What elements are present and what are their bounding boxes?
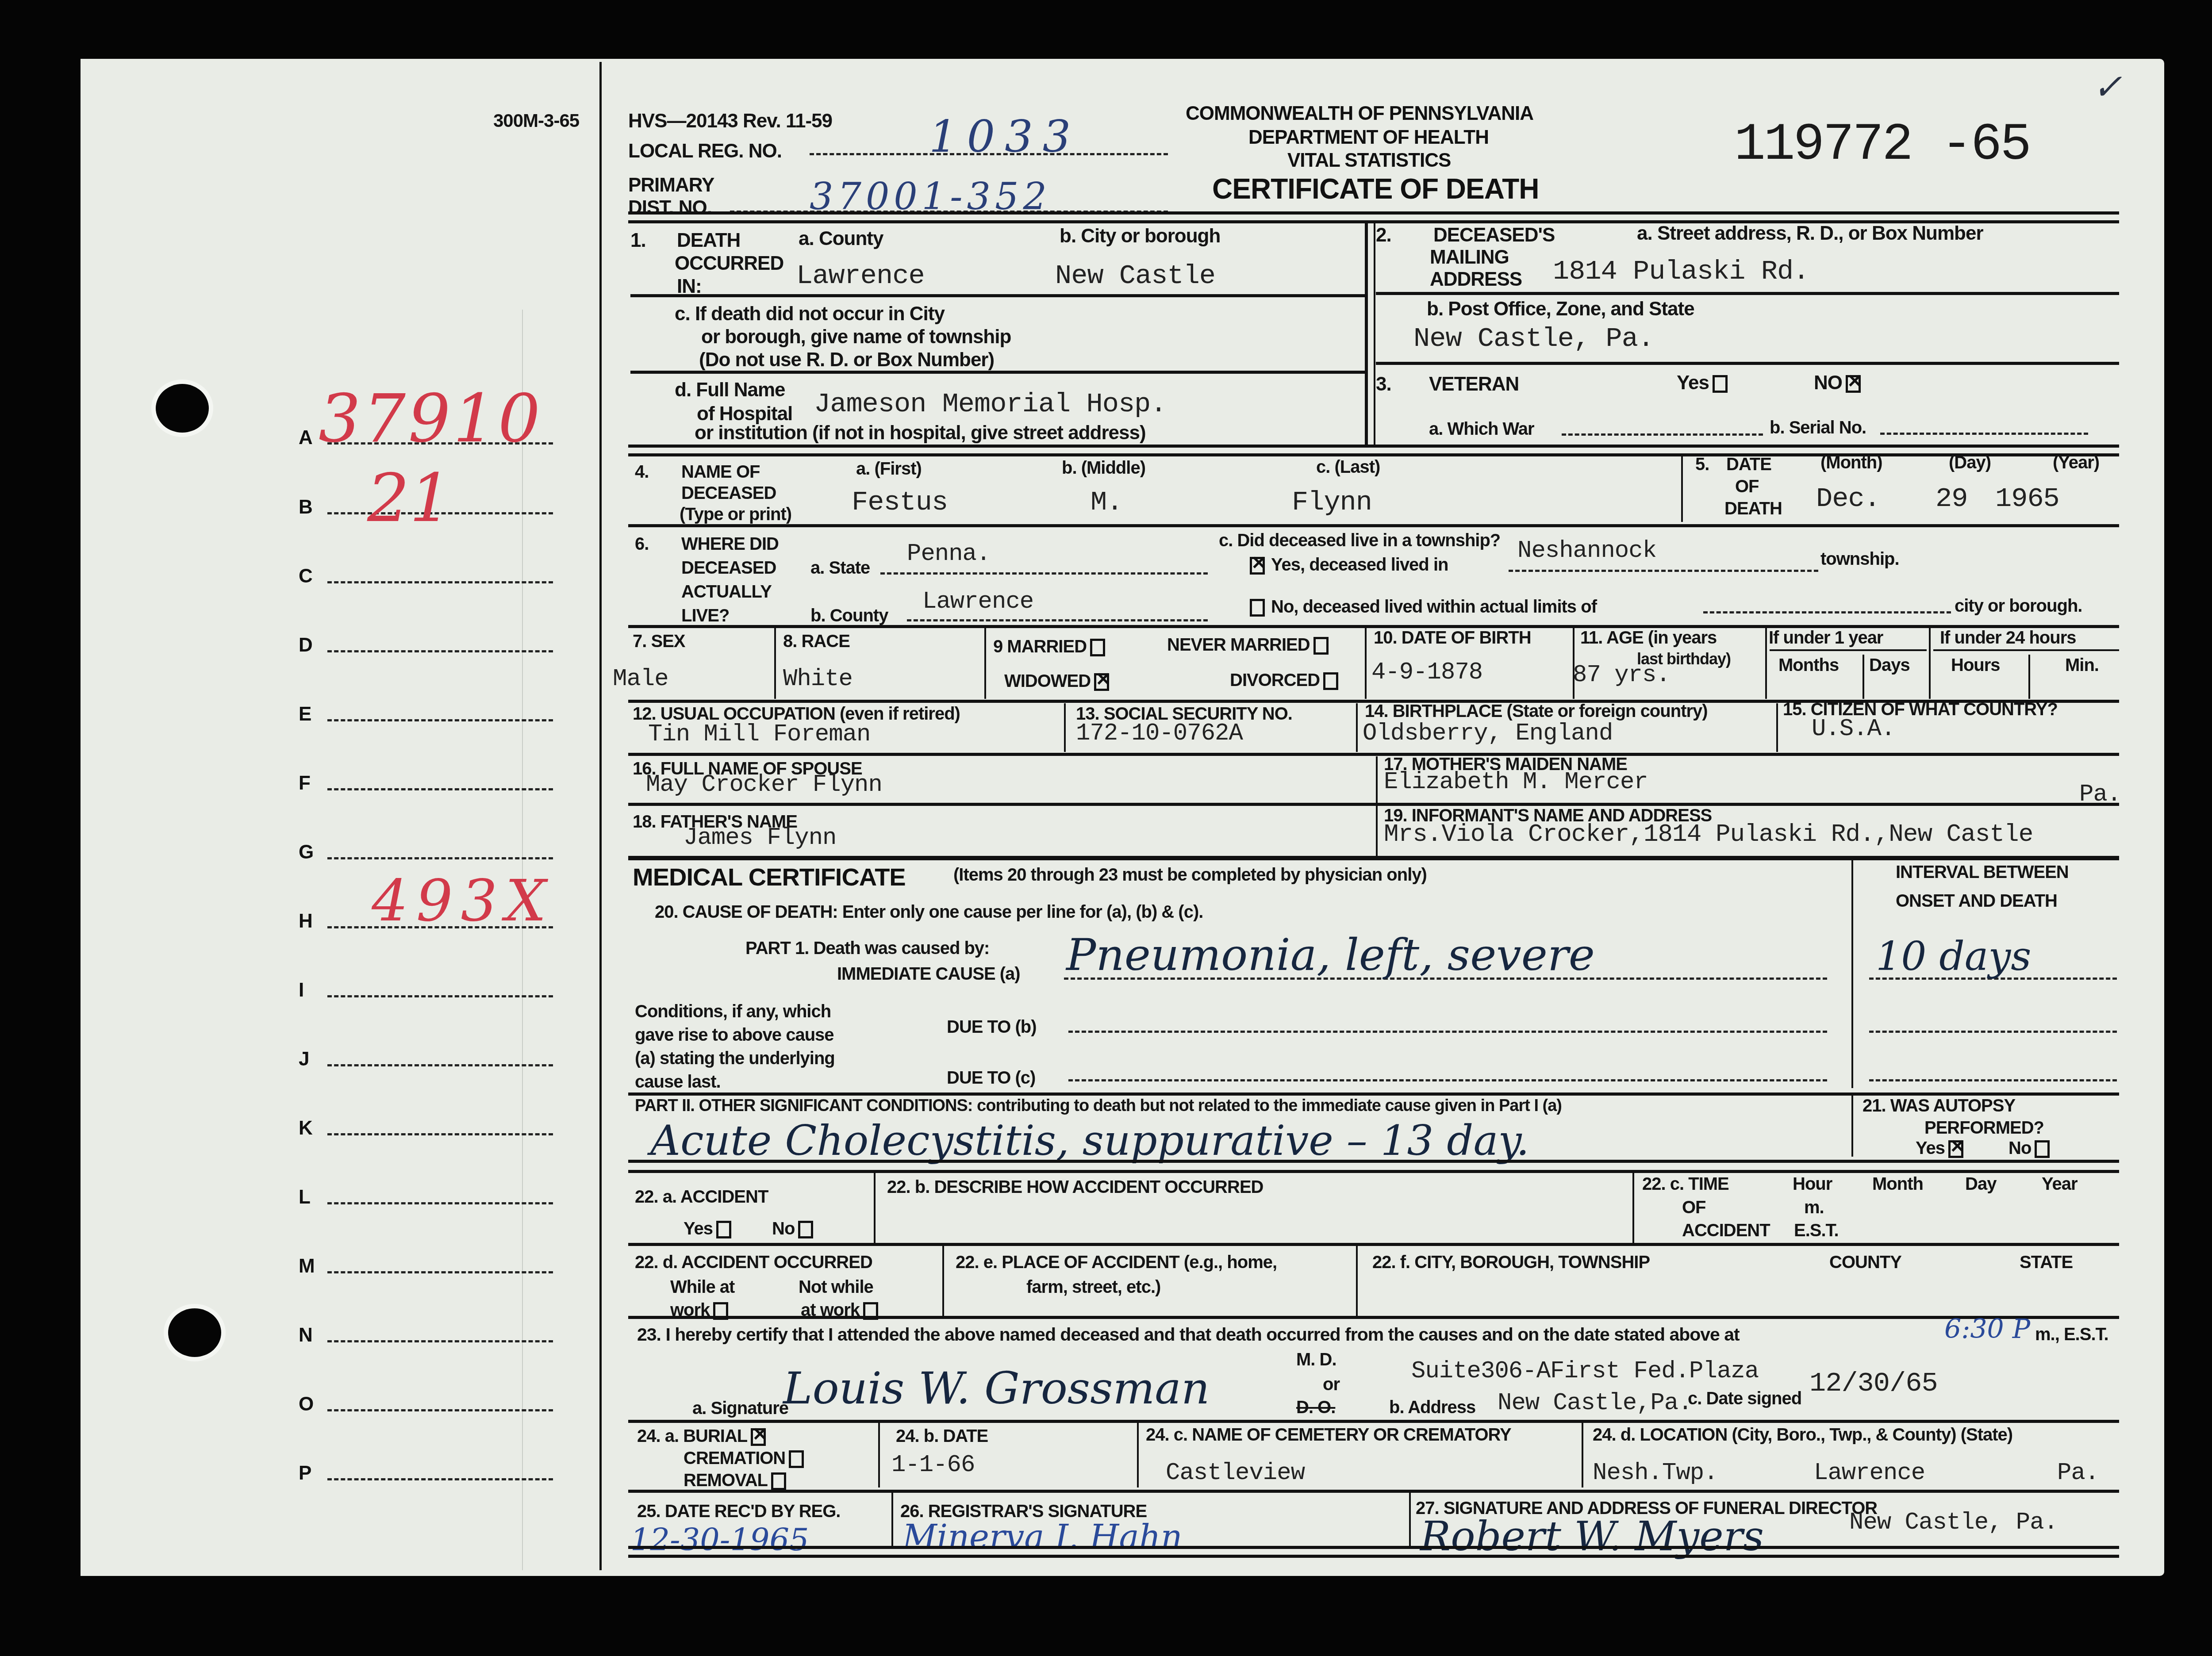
accident-notwhile-l1: Not while bbox=[799, 1277, 873, 1297]
cemetery[interactable]: Castleview bbox=[1166, 1460, 1305, 1487]
signature-label: a. Signature bbox=[692, 1399, 788, 1418]
item4-label-l3: (Type or print) bbox=[680, 505, 791, 524]
interval-label-l1: INTERVAL BETWEEN bbox=[1896, 862, 2069, 882]
accident-c-label-l1: 22. c. TIME bbox=[1642, 1174, 1729, 1194]
item4-num: 4. bbox=[635, 462, 649, 482]
margin-letter-e: E bbox=[299, 703, 311, 725]
divider-7-8 bbox=[774, 628, 776, 699]
item9-married-label: 9 MARRIED bbox=[993, 637, 1087, 656]
item6-no-text: No, deceased lived within actual limits … bbox=[1271, 597, 1597, 617]
item5-year-label: (Year) bbox=[2053, 453, 2099, 472]
item1-rule-a bbox=[630, 294, 1365, 297]
item4-label-l2: DECEASED bbox=[681, 483, 776, 503]
under24-rule bbox=[1933, 649, 2119, 651]
item10-value[interactable]: 4-9-1878 bbox=[1371, 659, 1482, 686]
item5-day[interactable]: 29 bbox=[1935, 483, 1967, 514]
accident-a-label: 22. a. ACCIDENT bbox=[635, 1187, 768, 1207]
margin-letter-i: I bbox=[299, 979, 304, 1001]
funeral-director-address[interactable]: New Castle, Pa. bbox=[1849, 1509, 2058, 1536]
margin-line-f bbox=[327, 788, 553, 790]
margin-divider bbox=[599, 62, 602, 1570]
divider-months-days bbox=[1863, 655, 1864, 699]
margin-letter-b: B bbox=[299, 496, 313, 518]
item6-no-row: No, deceased lived within actual limits … bbox=[1250, 597, 1597, 617]
margin-line-l bbox=[327, 1202, 553, 1204]
veteran-no-checkbox[interactable] bbox=[1846, 375, 1861, 393]
accident-c-label-l2: OF bbox=[1682, 1198, 1706, 1217]
item5-label-l3: DEATH bbox=[1724, 499, 1782, 518]
item3-no-label: NO bbox=[1814, 372, 1842, 394]
item1-rule-c bbox=[630, 371, 1365, 374]
item7-label: 7. SEX bbox=[633, 632, 685, 651]
primary-label: PRIMARY bbox=[628, 175, 714, 196]
margin-code-a[interactable]: 37910 bbox=[319, 380, 543, 457]
under1-rule bbox=[1770, 649, 1927, 651]
item8-label: 8. RACE bbox=[783, 632, 850, 651]
cremation: CREMATION bbox=[684, 1449, 804, 1468]
conditions-l4: cause last. bbox=[635, 1072, 721, 1092]
item16-value[interactable]: May Crocker Flynn bbox=[646, 771, 882, 798]
item4-middle[interactable]: M. bbox=[1091, 487, 1122, 518]
rule-after-12 bbox=[628, 753, 2119, 756]
conditions-l1: Conditions, if any, which bbox=[635, 1002, 831, 1021]
margin-letter-l: L bbox=[299, 1186, 311, 1208]
item1-label-l1: DEATH bbox=[677, 230, 740, 251]
rule-after-3a bbox=[628, 445, 2119, 448]
divider-1-2b bbox=[1374, 223, 1375, 445]
autopsy-label-l2: PERFORMED? bbox=[1924, 1118, 2044, 1138]
widowed-checkbox[interactable] bbox=[1094, 673, 1109, 691]
agency-line2: DEPARTMENT OF HEALTH bbox=[1248, 126, 1489, 149]
divider-1-2 bbox=[1365, 223, 1368, 445]
accident-year-label: Year bbox=[2042, 1174, 2078, 1194]
item5-day-label: (Day) bbox=[1949, 453, 1991, 472]
item9-never: NEVER MARRIED bbox=[1167, 635, 1329, 655]
item6-township[interactable]: Neshannock bbox=[1517, 537, 1656, 564]
autopsy-label-l1: 21. WAS AUTOPSY bbox=[1863, 1096, 2015, 1115]
autopsy-no: No bbox=[2008, 1138, 2050, 1158]
local-reg-label: LOCAL REG. NO. bbox=[628, 141, 782, 162]
item12-value[interactable]: Tin Mill Foreman bbox=[648, 721, 870, 748]
margin-line-m bbox=[327, 1271, 553, 1273]
location-twp[interactable]: Nesh.Twp. bbox=[1593, 1460, 1718, 1487]
item1-hospital[interactable]: Jameson Memorial Hosp. bbox=[814, 388, 1167, 420]
rule-after-23 bbox=[628, 1420, 2119, 1423]
divider-13-14 bbox=[1356, 703, 1358, 752]
item6-county[interactable]: Lawrence bbox=[922, 588, 1033, 615]
item4-last[interactable]: Flynn bbox=[1292, 487, 1372, 518]
rule-after-3b bbox=[628, 453, 2119, 456]
margin-line-i bbox=[327, 995, 553, 997]
date-signed[interactable]: 12/30/65 bbox=[1809, 1368, 1938, 1399]
item2-num: 2. bbox=[1376, 225, 1391, 246]
item2-label-l1: DECEASED'S bbox=[1433, 225, 1555, 246]
item5-month-label: (Month) bbox=[1820, 453, 1882, 472]
form-print-code: 300M-3-65 bbox=[493, 111, 579, 131]
autopsy-yes: Yes bbox=[1916, 1138, 1963, 1158]
burial-checkbox[interactable] bbox=[751, 1428, 766, 1446]
item1-hospital-label-l1: d. Full Name bbox=[675, 379, 785, 401]
item6-township-line bbox=[1509, 570, 1818, 572]
divorced-checkbox[interactable] bbox=[1323, 672, 1338, 690]
divider-12-13 bbox=[1064, 703, 1066, 752]
md-label: M. D. bbox=[1296, 1350, 1336, 1369]
item18-value[interactable]: James Flynn bbox=[684, 824, 836, 851]
due-c-interval-line bbox=[1869, 1079, 2117, 1081]
item2-label-l3: ADDRESS bbox=[1430, 269, 1522, 290]
rule-after-4 bbox=[628, 524, 2119, 527]
divider-autopsy bbox=[1851, 1095, 1853, 1157]
burial-date-label: 24. b. DATE bbox=[896, 1426, 988, 1446]
item1-township-label-l2: or borough, give name of township bbox=[701, 326, 1011, 348]
medical-heading: MEDICAL CERTIFICATE bbox=[633, 862, 906, 891]
rule-before-part2 bbox=[628, 1092, 2119, 1096]
margin-line-g bbox=[327, 857, 553, 859]
date-recd-label: 25. DATE REC'D BY REG. bbox=[637, 1502, 840, 1521]
date-recd[interactable]: 12-30-1965 bbox=[630, 1522, 809, 1558]
rule-after-6 bbox=[628, 625, 2119, 628]
page-title: CERTIFICATE OF DEATH bbox=[1212, 172, 1539, 205]
item5-month[interactable]: Dec. bbox=[1816, 483, 1880, 514]
accident-est-label: E.S.T. bbox=[1794, 1221, 1839, 1240]
item2-rule-b bbox=[1376, 362, 2119, 365]
item3-yes: Yes bbox=[1677, 372, 1728, 394]
address-label: b. Address bbox=[1389, 1398, 1475, 1417]
autopsy-no-checkbox[interactable] bbox=[2035, 1140, 2050, 1158]
item4-first[interactable]: Festus bbox=[852, 487, 948, 518]
physician-address-line2[interactable]: New Castle,Pa. bbox=[1498, 1390, 1692, 1417]
item9-widowed: WIDOWED bbox=[1004, 671, 1109, 691]
rule-before-accident-a bbox=[628, 1160, 2119, 1163]
item6-township-question: c. Did deceased live in a township? bbox=[1219, 531, 1500, 550]
item5-year[interactable]: 1965 bbox=[1995, 483, 2059, 514]
item5-label-l2: OF bbox=[1735, 477, 1759, 496]
item1-city[interactable]: New Castle bbox=[1055, 260, 1215, 291]
divider-interval bbox=[1851, 858, 1853, 1088]
item6-label-l4: LIVE? bbox=[681, 606, 729, 625]
location-state[interactable]: Pa. bbox=[2057, 1460, 2099, 1487]
accident-hour-label: Hour bbox=[1793, 1174, 1832, 1194]
punch-hole-bottom bbox=[168, 1308, 221, 1357]
item11-under1-label: If under 1 year bbox=[1769, 628, 1883, 648]
margin-letter-j: J bbox=[299, 1048, 309, 1070]
margin-line-p bbox=[327, 1478, 553, 1480]
margin-line-k bbox=[327, 1133, 553, 1135]
item14-label: 14. BIRTHPLACE (State or foreign country… bbox=[1365, 701, 1708, 721]
registrar-signature[interactable]: Minerva I. Hahn bbox=[902, 1517, 1183, 1556]
item10-label: 10. DATE OF BIRTH bbox=[1374, 628, 1531, 648]
accident-yes-label: Yes bbox=[684, 1219, 713, 1238]
margin-line-n bbox=[327, 1340, 553, 1342]
divider-22e-f bbox=[1356, 1245, 1358, 1316]
item6-no-suffix: city or borough. bbox=[1955, 596, 2082, 616]
item5-label-l1: DATE bbox=[1726, 455, 1771, 474]
margin-letter-n: N bbox=[299, 1324, 313, 1346]
item6-state[interactable]: Penna. bbox=[907, 540, 990, 567]
removal-label: REMOVAL bbox=[684, 1471, 768, 1490]
rule-after-22def bbox=[628, 1316, 2119, 1319]
township-no-checkbox[interactable] bbox=[1250, 599, 1265, 617]
margin-letter-g: G bbox=[299, 841, 314, 863]
item6-yes-text: Yes, deceased lived in bbox=[1271, 555, 1448, 575]
item13-value[interactable]: 172-10-0762A bbox=[1076, 720, 1243, 747]
state-file-number: 119772 -65 bbox=[1734, 116, 2030, 175]
item6-label-l3: ACTUALLY bbox=[681, 582, 772, 602]
autopsy-yes-label: Yes bbox=[1916, 1138, 1945, 1158]
interval-label-l2: ONSET AND DEATH bbox=[1896, 891, 2057, 911]
divider-26-27 bbox=[1409, 1493, 1411, 1548]
divider-11-u1 bbox=[1765, 628, 1767, 699]
item11-label-l1: 11. AGE (in years bbox=[1580, 628, 1717, 648]
item3-num: 3. bbox=[1376, 374, 1391, 395]
cause-heading: 20. CAUSE OF DEATH: Enter only one cause… bbox=[655, 902, 1203, 922]
margin-letter-p: P bbox=[299, 1462, 311, 1484]
accident-month-label: Month bbox=[1872, 1174, 1923, 1194]
item6-num: 6. bbox=[635, 534, 649, 554]
conditions-l2: gave rise to above cause bbox=[635, 1025, 834, 1045]
item1-county[interactable]: Lawrence bbox=[796, 260, 925, 291]
item3-serial-label: b. Serial No. bbox=[1770, 418, 1866, 437]
certify-text: 23. I hereby certify that I attended the… bbox=[637, 1325, 1740, 1345]
margin-letter-d: D bbox=[299, 634, 313, 656]
item2-rule-a bbox=[1376, 292, 2119, 295]
accident-state-label: STATE bbox=[2020, 1253, 2073, 1272]
item11-hours-label: Hours bbox=[1951, 655, 2000, 675]
accident-day-label: Day bbox=[1965, 1174, 1996, 1194]
margin-letter-m: M bbox=[299, 1255, 315, 1277]
accident-f-label: 22. f. CITY, BOROUGH, TOWNSHIP bbox=[1372, 1253, 1650, 1272]
part2-label: PART II. OTHER SIGNIFICANT CONDITIONS: c… bbox=[635, 1097, 1562, 1115]
item6-county-line bbox=[907, 619, 1208, 621]
due-b-line bbox=[1068, 1031, 1827, 1033]
accident-e-label-l2: farm, street, etc.) bbox=[1026, 1277, 1160, 1297]
item9-widowed-label: WIDOWED bbox=[1004, 671, 1091, 691]
item9-divorced: DIVORCED bbox=[1230, 671, 1338, 690]
item17-value[interactable]: Elizabeth M. Mercer bbox=[1384, 769, 1648, 796]
accident-e-label-l1: 22. e. PLACE OF ACCIDENT (e.g., home, bbox=[956, 1253, 1277, 1272]
location-label: 24. d. LOCATION (City, Boro., Twp., & Co… bbox=[1593, 1425, 2012, 1445]
margin-code-h[interactable]: 493X bbox=[372, 867, 554, 934]
item4-first-label: a. (First) bbox=[856, 459, 922, 479]
item11-min-label: Min. bbox=[2065, 655, 2099, 675]
due-b-interval-line bbox=[1869, 1031, 2117, 1033]
margin-letter-a: A bbox=[299, 427, 313, 449]
immediate-interval[interactable]: 10 days bbox=[1876, 933, 2031, 980]
item4-middle-label: b. (Middle) bbox=[1062, 458, 1145, 478]
rule-before-medical bbox=[628, 856, 2119, 860]
divider-24c-d bbox=[1582, 1422, 1583, 1487]
item6-label-l2: DECEASED bbox=[681, 558, 776, 578]
item6-label-l1: WHERE DID bbox=[681, 534, 779, 554]
margin-fold bbox=[522, 310, 523, 1570]
item1-township-label-l3: (Do not use R. D. or Box Number) bbox=[699, 349, 994, 371]
funeral-director-signature[interactable]: Robert W. Myers bbox=[1420, 1513, 1764, 1560]
immediate-cause[interactable]: Pneumonia, left, severe bbox=[1066, 929, 1595, 981]
divider-22d-e bbox=[942, 1245, 944, 1316]
accident-yes: Yes bbox=[684, 1219, 731, 1238]
margin-line-o bbox=[327, 1409, 553, 1411]
item14-value[interactable]: Oldsberry, England bbox=[1363, 720, 1613, 747]
header-rule-1 bbox=[628, 211, 2119, 215]
punch-hole-top bbox=[156, 384, 209, 433]
rule-after-22abc bbox=[628, 1243, 2119, 1246]
conditions-l3: (a) stating the underlying bbox=[635, 1049, 835, 1068]
divider-16-17 bbox=[1376, 756, 1378, 856]
item9-never-label: NEVER MARRIED bbox=[1167, 635, 1310, 655]
medical-subheading: (Items 20 through 23 must be completed b… bbox=[953, 865, 1427, 885]
item3-serial-line bbox=[1880, 433, 2088, 435]
item2-street[interactable]: 1814 Pulaski Rd. bbox=[1553, 256, 1809, 287]
do-label: D. O. bbox=[1296, 1398, 1335, 1417]
item11-months-label: Months bbox=[1778, 655, 1839, 675]
removal: REMOVAL bbox=[684, 1471, 786, 1490]
immediate-label: IMMEDIATE CAUSE (a) bbox=[837, 964, 1020, 984]
item2-street-label: a. Street address, R. D., or Box Number bbox=[1637, 223, 1983, 244]
never-married-checkbox[interactable] bbox=[1313, 637, 1329, 655]
item3-war-line bbox=[1562, 433, 1763, 436]
item11-under24-label: If under 24 hours bbox=[1940, 628, 2076, 648]
removal-checkbox[interactable] bbox=[771, 1472, 786, 1490]
accident-yes-checkbox[interactable] bbox=[716, 1221, 731, 1238]
margin-letter-o: O bbox=[299, 1393, 314, 1415]
due-c-label: DUE TO (c) bbox=[947, 1068, 1035, 1088]
margin-line-d bbox=[327, 650, 553, 652]
margin-letter-c: C bbox=[299, 565, 313, 587]
accident-d-label: 22. d. ACCIDENT OCCURRED bbox=[635, 1253, 872, 1272]
divider-8-9 bbox=[984, 628, 986, 699]
certify-time-suffix: m., E.S.T. bbox=[2035, 1325, 2108, 1344]
accident-no: No bbox=[772, 1219, 813, 1238]
item4-label-l1: NAME OF bbox=[681, 462, 760, 482]
item1-label-l2: OCCURRED bbox=[675, 253, 783, 274]
physician-address-line1[interactable]: Suite306-AFirst Fed.Plaza bbox=[1411, 1358, 1759, 1385]
burial: 24. a. BURIAL bbox=[637, 1426, 766, 1446]
item3-label: VETERAN bbox=[1429, 374, 1519, 395]
divider-25-26 bbox=[891, 1493, 893, 1548]
divider-14-15 bbox=[1776, 703, 1778, 752]
accident-while-l1: While at bbox=[670, 1277, 734, 1297]
item9-married: 9 MARRIED bbox=[993, 637, 1105, 656]
item2-post-label: b. Post Office, Zone, and State bbox=[1427, 299, 1694, 320]
rule-after-16 bbox=[628, 803, 2119, 806]
divider-4-5 bbox=[1681, 456, 1683, 522]
burial-date[interactable]: 1-1-66 bbox=[891, 1452, 975, 1479]
accident-no-checkbox[interactable] bbox=[798, 1221, 813, 1238]
bottom-rule-a bbox=[628, 1546, 2119, 1549]
item9-divorced-label: DIVORCED bbox=[1230, 671, 1320, 690]
location-county[interactable]: Lawrence bbox=[1814, 1460, 1925, 1487]
dist-label: DIST. NO. bbox=[628, 197, 712, 218]
rule-before-accident-b bbox=[628, 1170, 2119, 1173]
item3-yes-label: Yes bbox=[1677, 372, 1709, 394]
due-c-line bbox=[1068, 1079, 1827, 1081]
margin-letter-h: H bbox=[299, 910, 313, 932]
item1-num: 1. bbox=[630, 230, 646, 251]
item6-city-line bbox=[1703, 611, 1951, 613]
township-yes-checkbox[interactable] bbox=[1250, 557, 1265, 575]
item8-value[interactable]: White bbox=[783, 666, 853, 693]
item1-county-label: a. County bbox=[799, 228, 883, 249]
local-reg-value[interactable]: 1033 bbox=[929, 111, 1081, 162]
divider-24b-c bbox=[1137, 1422, 1139, 1487]
divider-22b-c bbox=[1632, 1172, 1634, 1243]
divider-22a-b bbox=[874, 1172, 876, 1243]
item6-yes-row: Yes, deceased lived in bbox=[1250, 555, 1448, 575]
margin-letter-k: K bbox=[299, 1117, 313, 1139]
date-signed-label: c. Date signed bbox=[1688, 1389, 1801, 1408]
item7-value[interactable]: Male bbox=[613, 666, 668, 693]
item11-value[interactable]: 87 yrs. bbox=[1573, 662, 1670, 689]
item3-no: NO bbox=[1814, 372, 1861, 394]
cremation-checkbox[interactable] bbox=[789, 1450, 804, 1468]
agency-line3: VITAL STATISTICS bbox=[1287, 149, 1451, 172]
divider-24a-b bbox=[878, 1422, 880, 1487]
rule-after-24 bbox=[628, 1490, 2119, 1493]
item19-state-overflow[interactable]: Pa. bbox=[2079, 781, 2121, 808]
divider-hours-min bbox=[2028, 655, 2030, 699]
divider-u1-u24 bbox=[1929, 628, 1931, 699]
due-b-label: DUE TO (b) bbox=[947, 1017, 1037, 1037]
item15-value[interactable]: U.S.A. bbox=[1812, 716, 1895, 743]
corner-check-mark: ✓ bbox=[2093, 66, 2122, 107]
agency-line1: COMMONWEALTH OF PENNSYLVANIA bbox=[1186, 103, 1533, 125]
part1-label: PART 1. Death was caused by: bbox=[745, 939, 989, 958]
item6-state-line bbox=[880, 572, 1208, 575]
margin-line-e bbox=[327, 719, 553, 721]
or-label: or bbox=[1323, 1375, 1340, 1394]
item6-county-label: b. County bbox=[810, 606, 888, 625]
margin-line-c bbox=[327, 581, 553, 583]
autopsy-no-label: No bbox=[2008, 1138, 2031, 1158]
cremation-label: CREMATION bbox=[684, 1449, 785, 1468]
physician-signature[interactable]: Louis W. Grossman bbox=[783, 1362, 1210, 1414]
item1-city-label: b. City or borough bbox=[1060, 226, 1220, 247]
item1-hospital-label-l3: or institution (if not in hospital, give… bbox=[695, 422, 1146, 444]
accident-b-label: 22. b. DESCRIBE HOW ACCIDENT OCCURRED bbox=[887, 1177, 1263, 1197]
accident-c-label-l3: ACCIDENT bbox=[1682, 1221, 1770, 1240]
item11-days-label: Days bbox=[1869, 655, 1910, 675]
married-checkbox[interactable] bbox=[1090, 639, 1105, 656]
certify-time[interactable]: 6:30 P bbox=[1944, 1314, 2030, 1345]
autopsy-yes-checkbox[interactable] bbox=[1948, 1140, 1963, 1158]
item19-value[interactable]: Mrs.Viola Crocker,1814 Pulaski Rd.,New C… bbox=[1384, 820, 2033, 848]
margin-code-b[interactable]: 21 bbox=[367, 460, 452, 537]
item4-last-label: c. (Last) bbox=[1316, 457, 1380, 477]
item3-war-label: a. Which War bbox=[1429, 419, 1534, 439]
margin-letter-f: F bbox=[299, 772, 311, 794]
burial-label: 24. a. BURIAL bbox=[637, 1426, 747, 1446]
bottom-rule-b bbox=[628, 1555, 2119, 1558]
item6-state-label: a. State bbox=[810, 558, 870, 578]
accident-county-label: COUNTY bbox=[1829, 1253, 1901, 1272]
item2-label-l2: MAILING bbox=[1430, 247, 1509, 268]
veteran-yes-checkbox[interactable] bbox=[1713, 375, 1728, 393]
form-id: HVS—20143 Rev. 11-59 bbox=[628, 111, 832, 132]
item1-township-label-l1: c. If death did not occur in City bbox=[675, 303, 945, 325]
divider-9-10 bbox=[1365, 628, 1367, 699]
accident-no-label: No bbox=[772, 1219, 795, 1238]
margin-line-j bbox=[327, 1064, 553, 1066]
part2-value[interactable]: Acute Cholecystitis, suppurative – 13 da… bbox=[650, 1117, 1529, 1165]
accident-m-label: m. bbox=[1804, 1198, 1824, 1217]
item5-num: 5. bbox=[1695, 455, 1709, 474]
item6-township-suffix: township. bbox=[1820, 549, 1899, 569]
cemetery-label: 24. c. NAME OF CEMETERY OR CREMATORY bbox=[1146, 1425, 1511, 1445]
item2-post[interactable]: New Castle, Pa. bbox=[1413, 323, 1654, 354]
